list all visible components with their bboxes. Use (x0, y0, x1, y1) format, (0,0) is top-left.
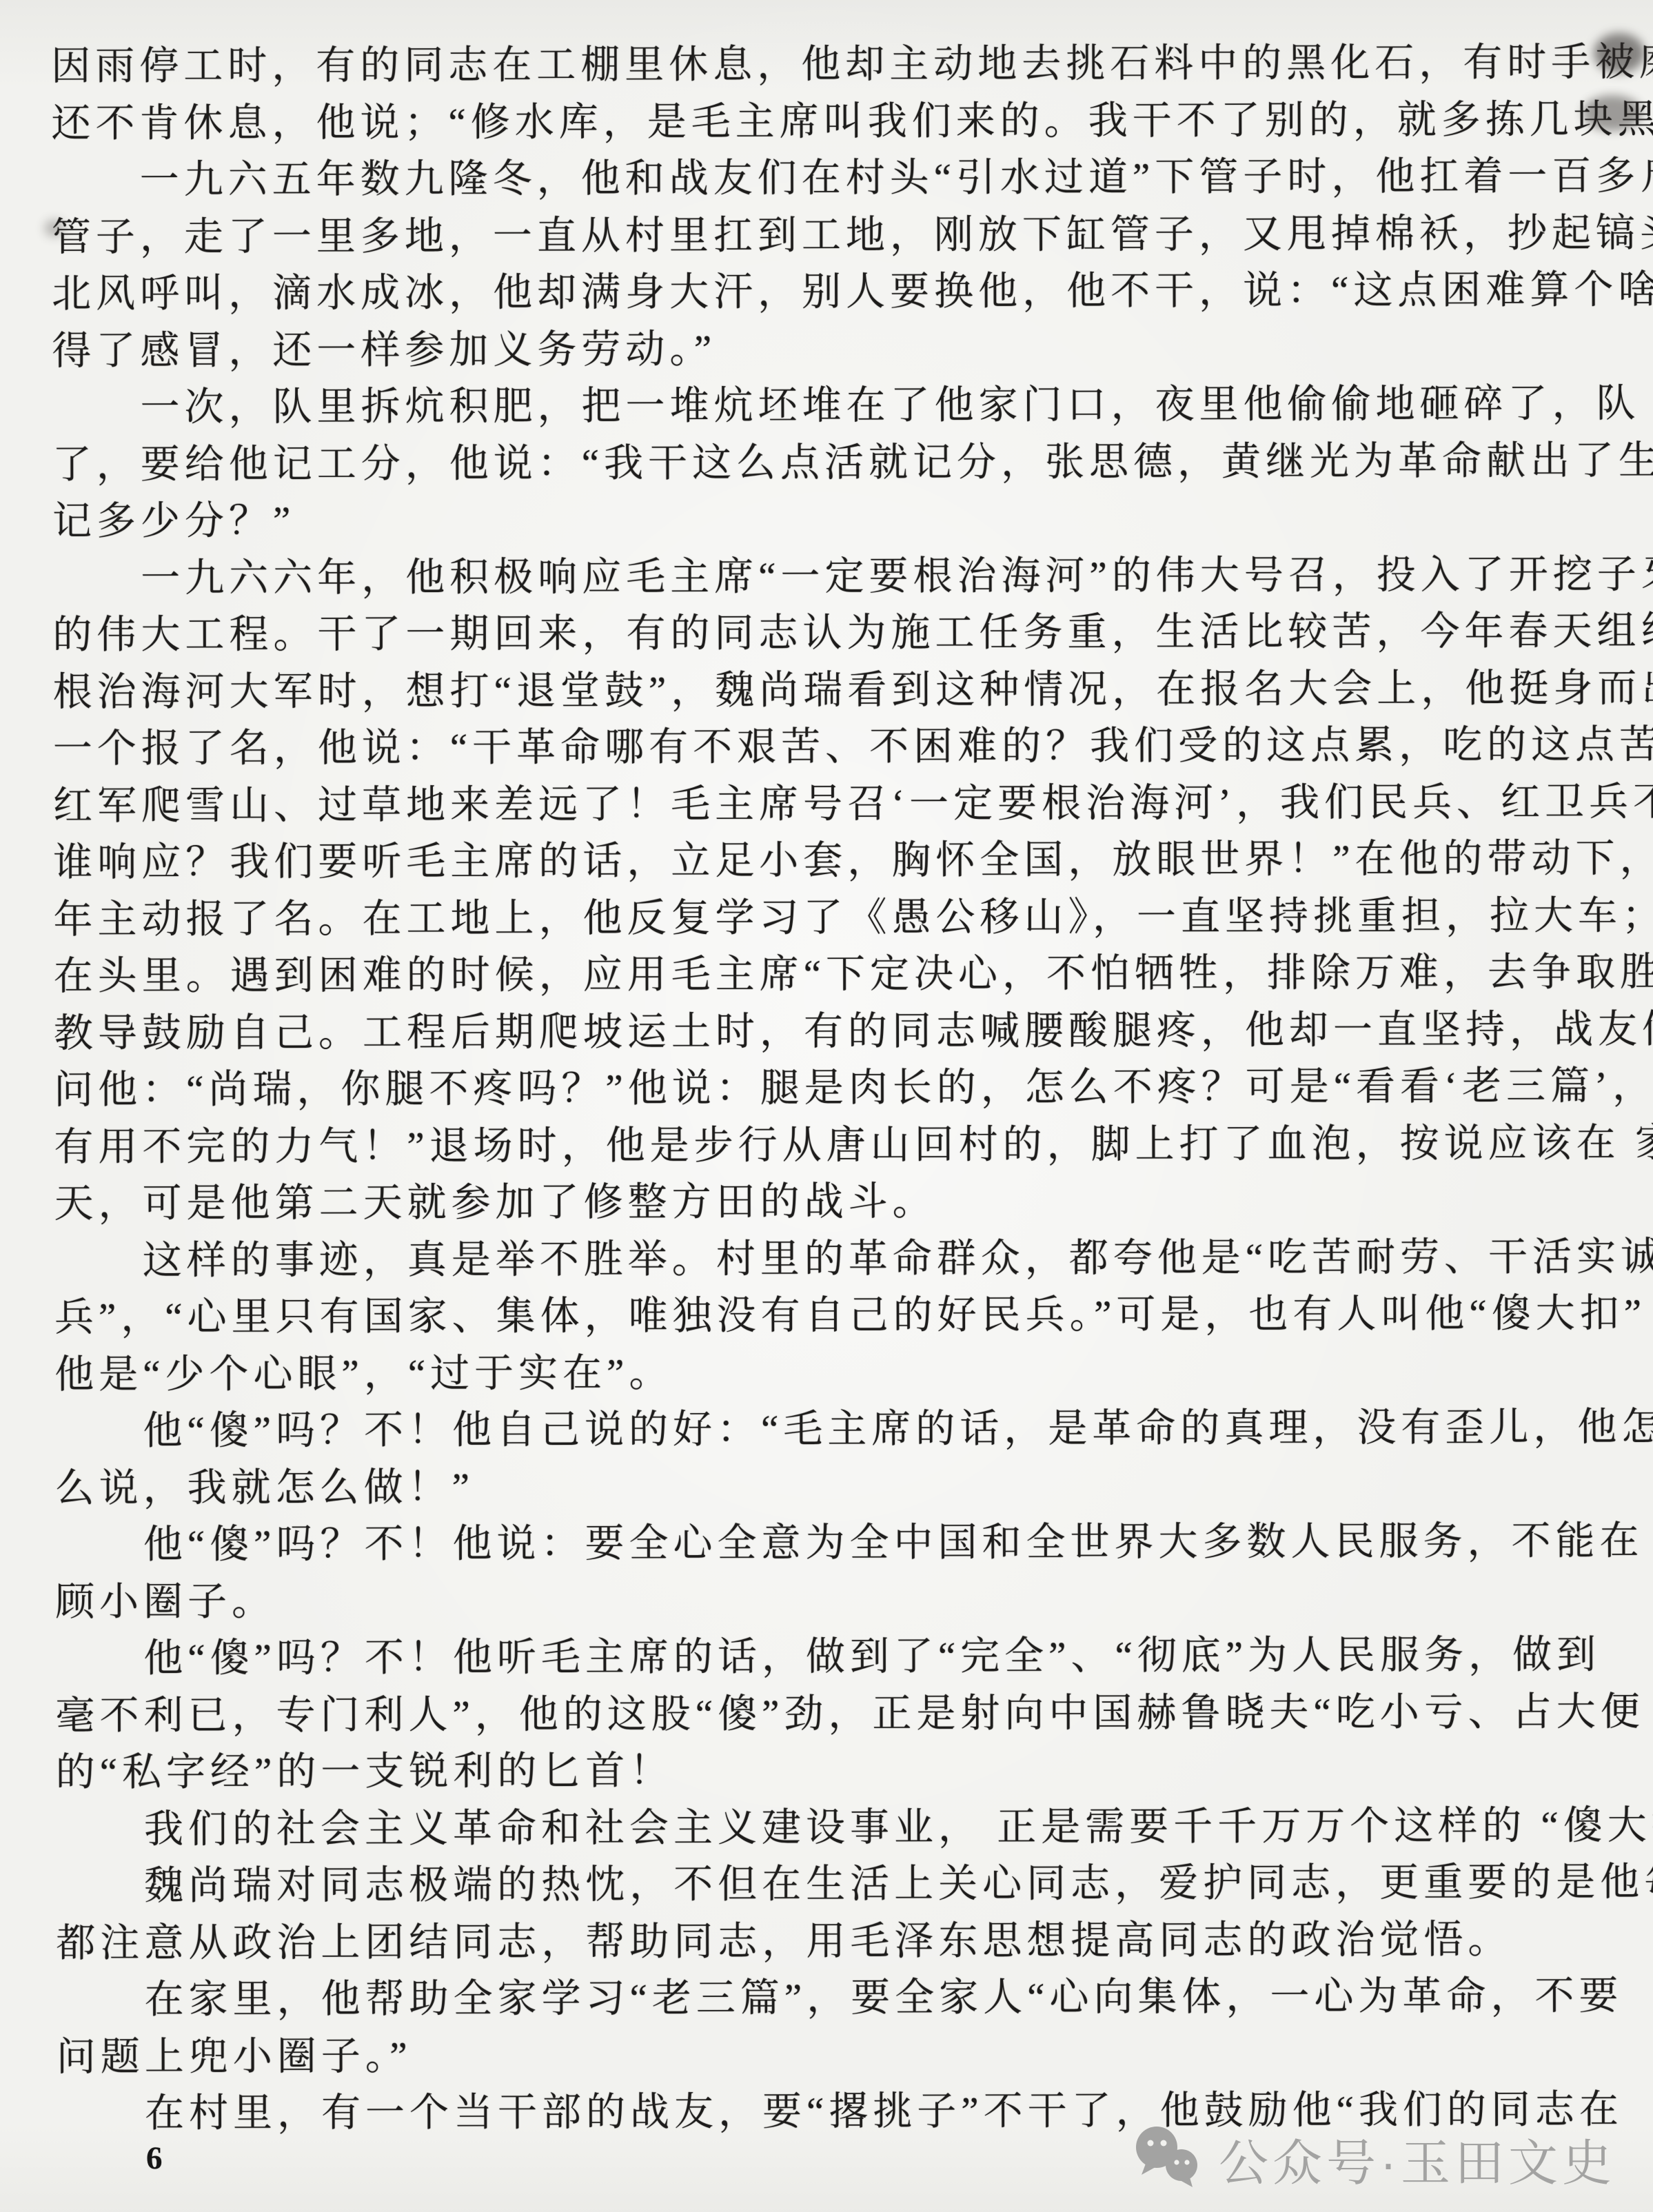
text-line: 谁响应？我们要听毛主席的话，立足小套，胸怀全国，放眼世界！”在他的带动下，不少 (53, 830, 1653, 891)
text-line: 了，要给他记工分，他说：“我干这么点活就记分，张思德，黄继光为革命献出了生命，该 (52, 432, 1653, 494)
text-line: 魏尚瑞对同志极端的热忱，不但在生活上关心同志，爱护同志，更重要的是他每 (56, 1854, 1653, 1915)
text-line: 有用不完的力气！”退场时，他是步行从唐山回村的，脚上打了血泡，按说应该在 家 歇 (54, 1115, 1653, 1176)
text-line: 都注意从政治上团结同志，帮助同志，用毛泽东思想提高同志的政治觉悟。 (56, 1911, 1653, 1972)
text-line: 红军爬雪山、过草地来差远了！毛主席号召‘一定要根治海河’，我们民兵、红卫兵不响 (53, 773, 1653, 835)
text-line: 问题上兜小圈子。” (57, 2025, 1653, 2086)
text-line: 兵”，“心里只有国家、集体，唯独没有自己的好民兵。”可是，也有人叫他“傻大扣” (54, 1285, 1653, 1346)
text-line: 一个报了名，他说：“干革命哪有不艰苦、不困难的？我们受的这点累，吃的这点苦比起 (53, 716, 1653, 778)
text-line: 教导鼓励自己。工程后期爬坡运土时，有的同志喊腰酸腿疼，他却一直坚持，战友们关心 (54, 1001, 1653, 1062)
text-line: 在头里。遇到困难的时候，应用毛主席“下定决心，不怕牺牲，排除万难，去争取胜利” (54, 944, 1653, 1005)
text-line: 么说，我就怎么做！” (55, 1456, 1653, 1517)
text-line: 他“傻”吗？不！他听毛主席的话，做到了“完全”、“彻底”为人民服务，做到 (55, 1626, 1653, 1687)
text-line: 他是“少个心眼”，“过于实在”。 (54, 1342, 1653, 1403)
text-line: 记多少分？” (52, 489, 1653, 550)
page-number: 6 (146, 2140, 163, 2177)
watermark-text: 公众号·玉田文史 (1219, 2123, 1616, 2195)
text-line: 年主动报了名。在工地上，他反复学习了《愚公移山》，一直坚持挑重担，拉大车；处处 (53, 887, 1653, 948)
text-line: 毫不利已，专门利人”，他的这股“傻”劲，正是射向中国赫鲁晓夫“吃小亏、占大便 (55, 1683, 1653, 1745)
text-line: 一九六五年数九隆冬，他和战友们在村头“引水过道”下管子时，他扛着一百多斤的缸 (52, 148, 1653, 209)
text-line: 我们的社会主义革命和社会主义建设事业， 正是需要千千万万个这样的 “傻大扣 (56, 1797, 1653, 1858)
text-line: 顾小圈子。 (55, 1570, 1653, 1631)
document-text-block: 因雨停工时，有的同志在工棚里休息，他却主动地去挑石料中的黑化石，有时手被磨破了，… (51, 0, 1653, 2142)
text-line: 在家里，他帮助全家学习“老三篇”，要全家人“心向集体，一心为革命，不要 (56, 1967, 1653, 2029)
wechat-icon (1132, 2124, 1206, 2194)
text-line: 一次，队里拆炕积肥，把一堆炕坯堆在了他家门口，夜里他偷偷地砸碎了，队 里 知 通 (52, 375, 1653, 436)
text-line: 天，可是他第二天就参加了修整方田的战斗。 (54, 1171, 1653, 1232)
scanned-document-page: { "document": { "lines": [ {"text": "因雨停… (0, 0, 1653, 2212)
text-line: 一九六六年，他积极响应毛主席“一定要根治海河”的伟大号召，投入了开挖子牙新河 (52, 546, 1653, 607)
text-line: 还不肯休息，他说；“修水库，是毛主席叫我们来的。我干不了别的，就多拣几块黑化石吧… (51, 91, 1653, 152)
text-line: 的“私字经”的一支锐利的匕首！ (56, 1740, 1653, 1801)
text-line: 管子，走了一里多地，一直从村里扛到工地，刚放下缸管子，又甩掉棉袄，抄起镐头刨冻， (52, 205, 1653, 266)
text-line: 这样的事迹，真是举不胜举。村里的革命群众，都夸他是“吃苦耐劳、干活实诚的 (54, 1228, 1653, 1290)
text-line: 北风呼叫，滴水成冰，他却满身大汗，别人要换他，他不干，说：“这点困难算个啥！雷锋 (52, 261, 1653, 323)
watermark: 公众号·玉田文史 (1132, 2123, 1616, 2195)
text-line: 得了感冒，还一样参加义务劳动。” (52, 318, 1653, 380)
text-line: 根治海河大军时，想打“退堂鼓”，魏尚瑞看到这种情况，在报名大会上，他挺身而出，第 (53, 660, 1653, 721)
text-line: 因雨停工时，有的同志在工棚里休息，他却主动地去挑石料中的黑化石，有时手被磨破了， (51, 34, 1653, 95)
text-line: 他“傻”吗？不！他自己说的好：“毛主席的话，是革命的真理，没有歪儿，他怎 (54, 1399, 1653, 1460)
text-line: 问他：“尚瑞，你腿不疼吗？”他说：腿是肉长的，怎么不疼？可是“看看‘老三篇’， (54, 1057, 1653, 1119)
text-line: 他“傻”吗？不！他说：要全心全意为全中国和全世界大多数人民服务，不能在 (55, 1512, 1653, 1574)
text-line: 的伟大工程。干了一期回来，有的同志认为施工任务重，生活比较苦，今年春天组织第二期 (52, 602, 1653, 664)
